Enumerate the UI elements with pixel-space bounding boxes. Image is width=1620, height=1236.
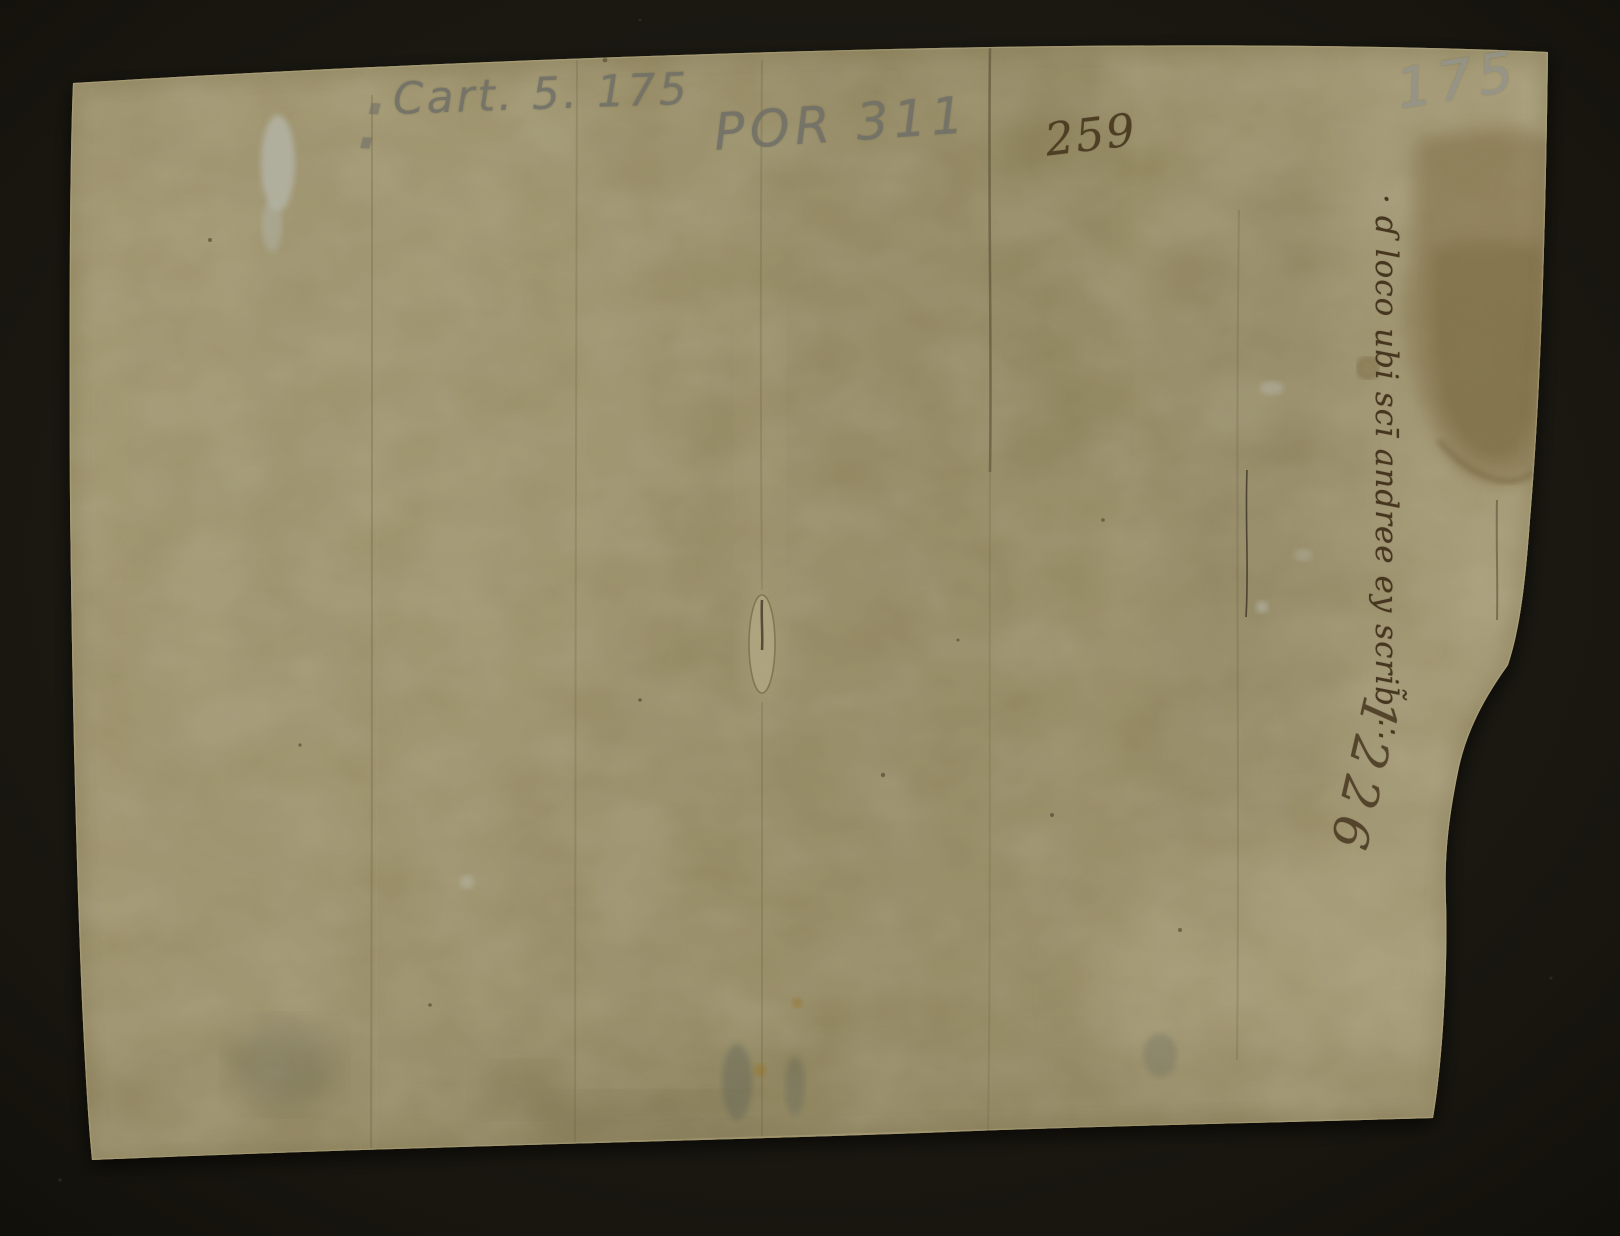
dorsal-endorsement-script: · ɗ loco ubi scī andree ey scrib̃ ∴ (1368, 194, 1404, 739)
archival-photo: : Cart. 5. 175 POR 311 259 175 · ɗ loco … (0, 0, 1620, 1236)
pencil-margin-dots: : (355, 66, 390, 170)
archival-number-ink: 259 (1042, 103, 1140, 167)
shelfmark-cart-pencil: Cart. 5. 175 (392, 64, 691, 125)
